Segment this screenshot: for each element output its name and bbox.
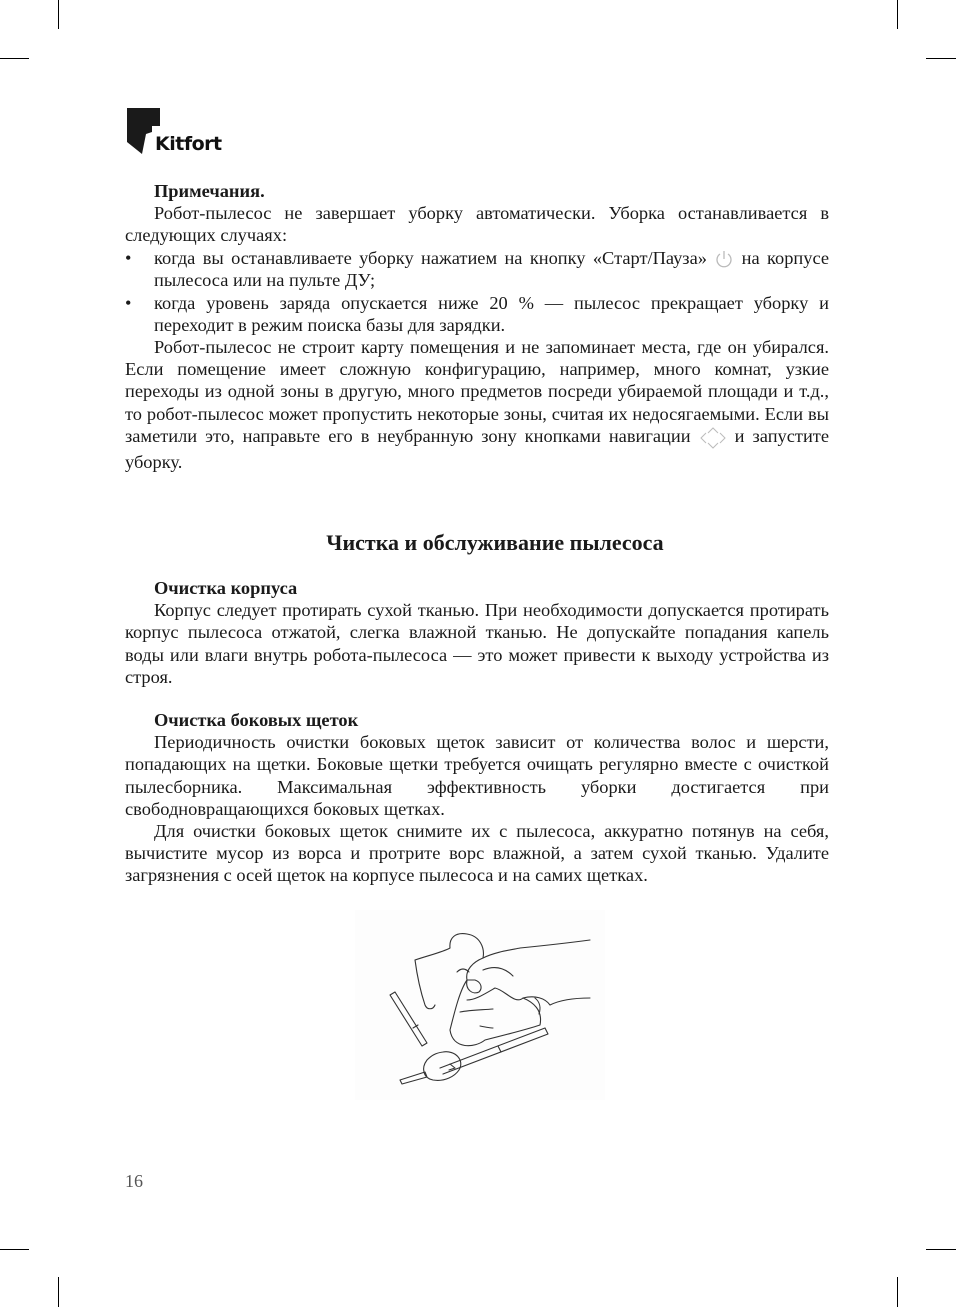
brush-cleaning-section: Очистка боковых щеток Периодичность очис… — [125, 709, 829, 887]
notes-section: Примечания. Робот-пылесос не завершает у… — [125, 180, 829, 473]
bullet-text: когда вы останавливаете уборку нажатием … — [154, 248, 707, 268]
page-number: 16 — [125, 1171, 143, 1192]
crop-mark — [926, 58, 956, 59]
brush-cleaning-title: Очистка боковых щеток — [125, 709, 829, 731]
brush-cleaning-paragraph-1: Периодичность очистки боковых щеток зави… — [125, 731, 829, 820]
crop-mark — [926, 1249, 956, 1250]
brush-cleaning-paragraph-2: Для очистки боковых щеток снимите их с п… — [125, 820, 829, 887]
notes-bullet-2: когда уровень заряда опускается ниже 20 … — [125, 292, 829, 336]
crop-mark — [897, 0, 898, 29]
crop-mark — [58, 1277, 59, 1307]
notes-title: Примечания. — [125, 180, 829, 202]
body-cleaning-title: Очистка корпуса — [125, 577, 829, 599]
section-title: Чистка и обслуживание пылесоса — [125, 530, 865, 556]
power-icon — [714, 249, 734, 269]
body-cleaning-section: Очистка корпуса Корпус следует протирать… — [125, 577, 829, 688]
crop-mark — [0, 1249, 29, 1250]
notes-bullets: когда вы останавливаете уборку нажатием … — [125, 247, 829, 336]
navigation-arrows-icon — [699, 425, 727, 451]
notes-bullet-1: когда вы останавливаете уборку нажатием … — [125, 247, 829, 292]
crop-mark — [897, 1277, 898, 1307]
body-cleaning-text: Корпус следует протирать сухой тканью. П… — [125, 599, 829, 688]
hand-wiping-side-brush-illustration — [355, 910, 605, 1100]
crop-mark — [58, 0, 59, 29]
notes-intro: Робот-пылесос не завершает уборку автома… — [125, 202, 829, 246]
notes-paragraph-2: Робот-пылесос не строит карту помещения … — [125, 336, 829, 473]
crop-mark — [0, 58, 29, 59]
brand-name: Kitfort — [155, 133, 222, 155]
